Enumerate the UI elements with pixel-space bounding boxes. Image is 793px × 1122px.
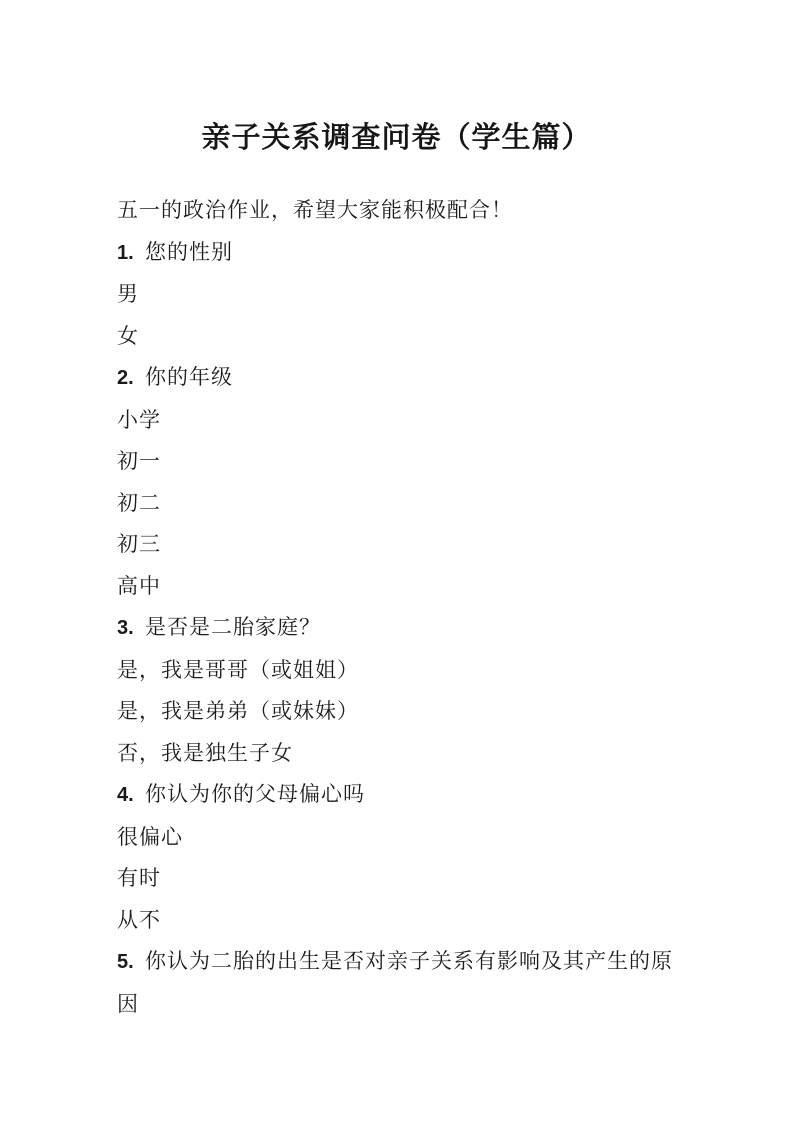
document-body: 五一的政治作业，希望大家能积极配合！ 1.您的性别 男 女 2.你的年级 小学 … [0, 160, 793, 1025]
question-4-option-2: 有时 [117, 858, 686, 900]
question-4-option-3: 从不 [117, 900, 686, 942]
question-3-option-3: 否，我是独生子女 [117, 733, 686, 775]
question-3-option-2: 是，我是弟弟（或妹妹） [117, 691, 686, 733]
question-2-option-2: 初一 [117, 441, 686, 483]
question-1-option-1: 男 [117, 274, 686, 316]
question-1: 1.您的性别 [117, 232, 686, 275]
question-3-number: 3. [117, 608, 145, 650]
question-4: 4.你认为你的父母偏心吗 [117, 774, 686, 817]
question-5-number: 5. [117, 942, 145, 984]
question-5-text: 你认为二胎的出生是否对亲子关系有影响及其产生的原因 [117, 949, 673, 1016]
question-2-option-1: 小学 [117, 400, 686, 442]
question-2-text: 你的年级 [145, 365, 233, 389]
question-1-number: 1. [117, 233, 145, 275]
intro-text: 五一的政治作业，希望大家能积极配合！ [117, 190, 686, 232]
question-2: 2.你的年级 [117, 357, 686, 400]
question-2-option-4: 初三 [117, 524, 686, 566]
document-page: 亲子关系调查问卷（学生篇） 五一的政治作业，希望大家能积极配合！ 1.您的性别 … [0, 0, 793, 1122]
question-2-option-5: 高中 [117, 566, 686, 608]
question-1-text: 您的性别 [145, 240, 233, 264]
question-5: 5.你认为二胎的出生是否对亲子关系有影响及其产生的原因 [117, 941, 686, 1025]
question-4-text: 你认为你的父母偏心吗 [145, 782, 365, 806]
question-2-number: 2. [117, 358, 145, 400]
question-3-text: 是否是二胎家庭？ [145, 615, 321, 639]
question-3-option-1: 是，我是哥哥（或姐姐） [117, 650, 686, 692]
question-2-option-3: 初二 [117, 483, 686, 525]
document-title: 亲子关系调查问卷（学生篇） [0, 0, 793, 160]
question-3: 3.是否是二胎家庭？ [117, 607, 686, 650]
question-4-number: 4. [117, 775, 145, 817]
question-1-option-2: 女 [117, 316, 686, 358]
question-4-option-1: 很偏心 [117, 817, 686, 859]
